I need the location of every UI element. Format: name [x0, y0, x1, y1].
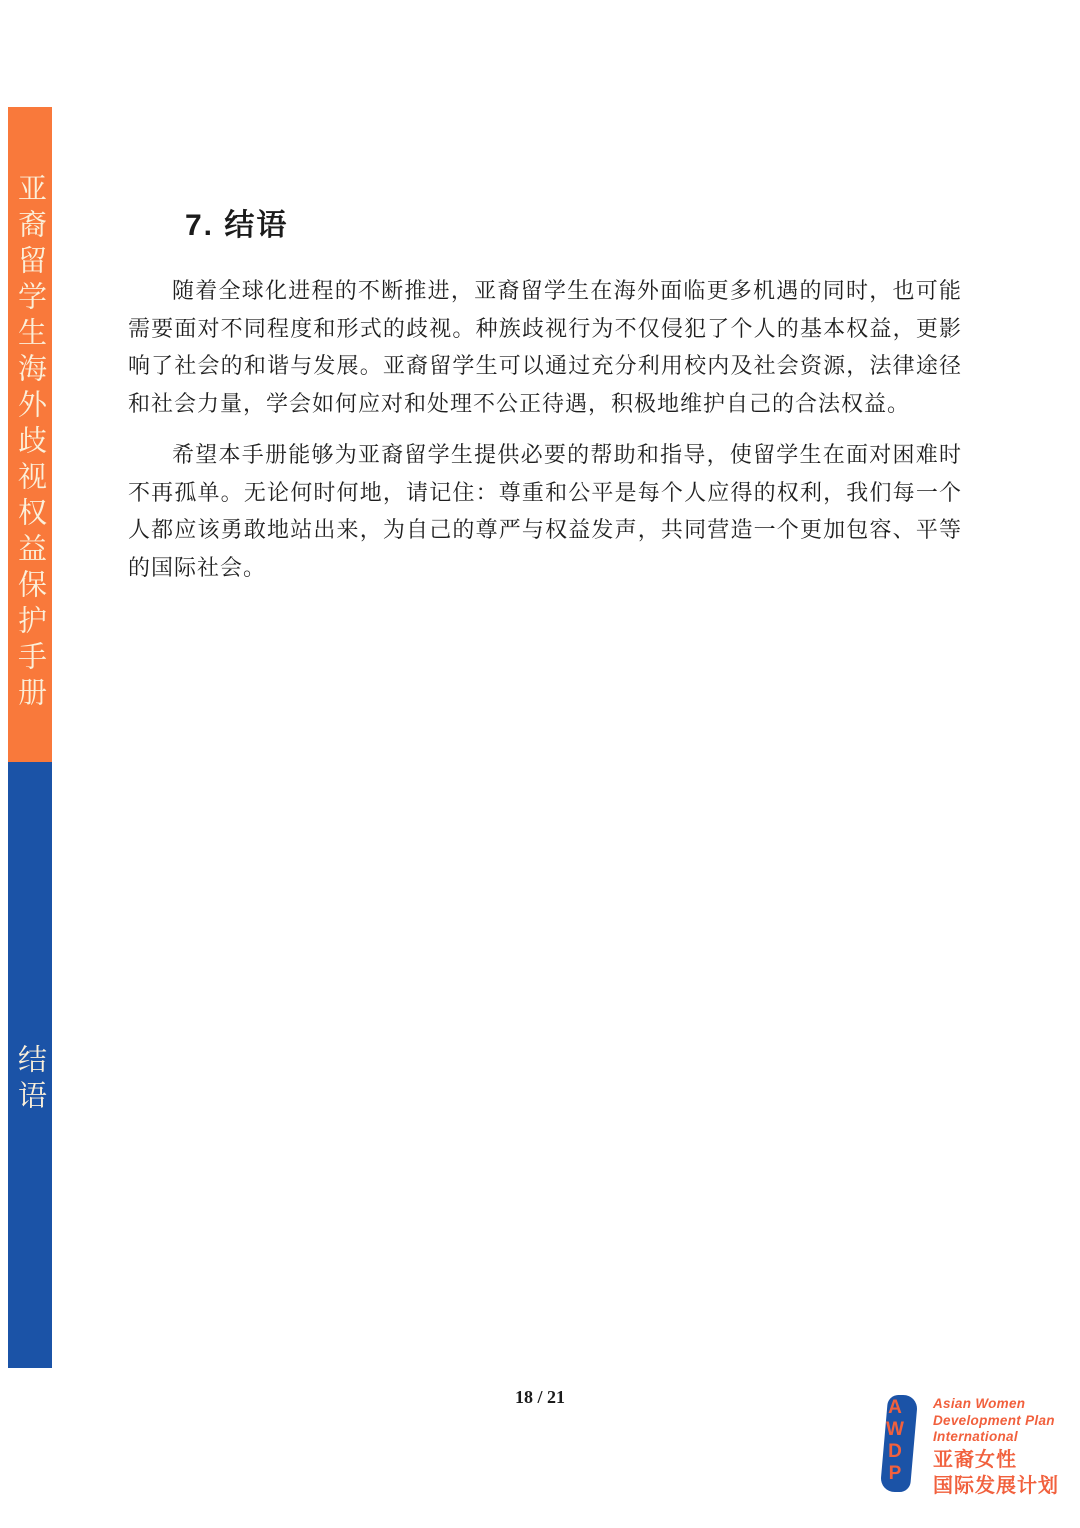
section-label-vertical-text: 结语: [8, 762, 52, 1116]
paragraph-2: 希望本手册能够为亚裔留学生提供必要的帮助和指导，使留学生在面对困难时不再孤单。无…: [128, 436, 962, 586]
section-heading: 7. 结语: [185, 200, 962, 244]
logo-text-en-line3: International: [933, 1429, 1059, 1446]
logo-letter-w: W: [886, 1419, 904, 1441]
handbook-title-vertical-text: 亚裔留学生海外歧视权益保护手册: [8, 107, 52, 713]
sidebar-section-label-bar: 结语: [8, 762, 52, 1368]
document-content: 7. 结语 随着全球化进程的不断推进，亚裔留学生在海外面临更多机遇的同时，也可能…: [128, 200, 962, 600]
awdp-logo-acronym: A W D P: [880, 1397, 910, 1485]
logo-letter-p: P: [889, 1463, 902, 1485]
logo-text-en-line2: Development Plan: [933, 1413, 1059, 1430]
logo-letter-a: A: [888, 1397, 902, 1419]
sidebar-handbook-title-bar: 亚裔留学生海外歧视权益保护手册: [8, 107, 52, 762]
paragraph-1: 随着全球化进程的不断推进，亚裔留学生在海外面临更多机遇的同时，也可能需要面对不同…: [128, 272, 962, 422]
awdp-logo-wordmark: Asian Women Development Plan Internation…: [933, 1396, 1059, 1498]
logo-text-zh-line2: 国际发展计划: [933, 1475, 1059, 1498]
body-text: 随着全球化进程的不断推进，亚裔留学生在海外面临更多机遇的同时，也可能需要面对不同…: [128, 272, 962, 586]
awdp-logo: A W D P Asian Women Development Plan Int…: [876, 1393, 1066, 1499]
logo-text-zh-line1: 亚裔女性: [933, 1449, 1059, 1472]
logo-text-en-line1: Asian Women: [933, 1396, 1059, 1413]
logo-letter-d: D: [888, 1441, 902, 1463]
